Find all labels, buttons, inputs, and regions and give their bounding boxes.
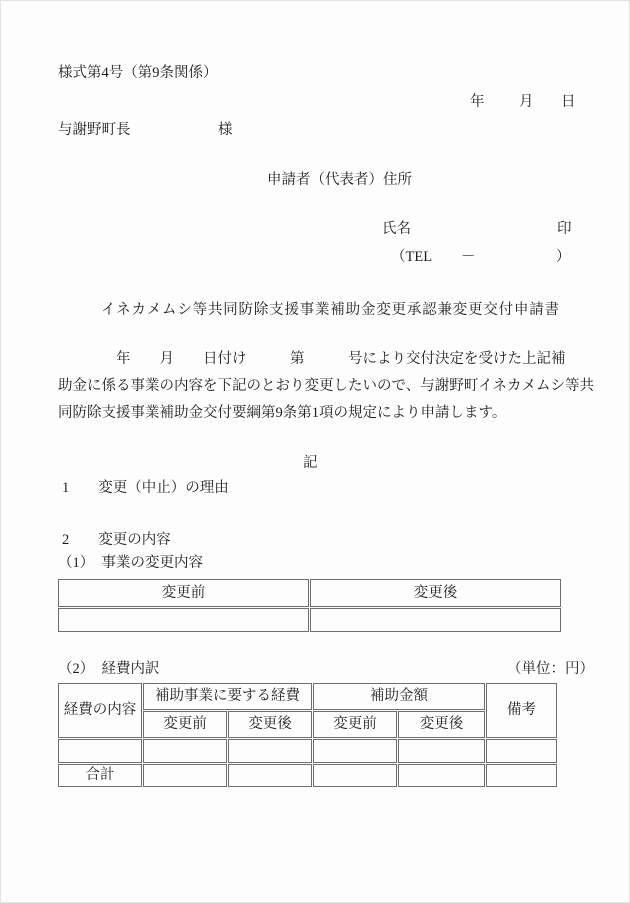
applicant-name-label: 氏名 — [382, 221, 411, 238]
table2-total-subsidy-after-cell — [398, 764, 485, 787]
table2-required-after-cell — [228, 739, 312, 763]
table2-header-remarks: 備考 — [486, 683, 557, 738]
section-1-heading: 1 変更（中止）の理由 — [62, 480, 229, 497]
table2-total-required-before-cell — [143, 764, 227, 787]
table2-total-remarks-cell — [486, 764, 557, 787]
note-heading: 記 — [303, 455, 318, 472]
table2-subsidy-after-cell — [398, 739, 485, 763]
table1-header-after: 変更後 — [310, 579, 561, 607]
table1-before-cell — [58, 608, 309, 632]
table2-subheader-required-before: 変更前 — [143, 711, 227, 738]
addressee-name: 与謝野町長 — [58, 122, 131, 139]
section-2-heading: 2 変更の内容 — [62, 532, 171, 549]
table2-header-subsidy-amount: 補助金額 — [313, 683, 485, 710]
unit-label: （単位：円） — [507, 661, 594, 678]
table2-total-required-after-cell — [228, 764, 312, 787]
table2-total-subsidy-before-cell — [313, 764, 397, 787]
change-content-table: 変更前 変更後 — [57, 578, 562, 633]
table2-header-required-expense: 補助事業に要する経費 — [143, 683, 312, 710]
table2-total-label-cell: 合計 — [58, 764, 142, 787]
date-year-label: 年 — [470, 94, 485, 111]
body-line-3: 同防除支援事業補助金交付要綱第9条第1項の規定により申請します。 — [58, 405, 506, 422]
table2-subheader-subsidy-after: 変更後 — [398, 711, 485, 738]
date-month-label: 月 — [519, 94, 534, 111]
table2-header-expense-content: 経費の内容 — [58, 683, 142, 738]
form-number: 様式第4号（第9条関係） — [58, 65, 218, 82]
seal-label: 印 — [557, 221, 572, 238]
body-line-2: 助金に係る事業の内容を下記のとおり変更したいので、与謝野町イネカメムシ等共 — [58, 378, 594, 395]
table2-subsidy-before-cell — [313, 739, 397, 763]
tel-open-label: （TEL — [391, 249, 432, 266]
section-2-1-heading: （1） 事業の変更内容 — [58, 555, 203, 572]
table2-remarks-cell — [486, 739, 557, 763]
table1-header-before: 変更前 — [58, 579, 309, 607]
document-page: 様式第4号（第9条関係） 年 月 日 与謝野町長 様 申請者（代表者）住所 氏名… — [0, 0, 630, 903]
tel-dash: － — [461, 249, 476, 266]
section-2-2-heading: （2） 経費内訳 — [58, 661, 160, 678]
addressee-honorific: 様 — [218, 122, 233, 139]
table2-required-before-cell — [143, 739, 227, 763]
body-line-1: 年 月 日付け 第 号により交付決定を受けた上記補 — [58, 351, 566, 368]
applicant-address-label: 申請者（代表者）住所 — [267, 172, 412, 189]
table2-subheader-subsidy-before: 変更前 — [313, 711, 397, 738]
expense-breakdown-table: 経費の内容 補助事業に要する経費 補助金額 備考 変更前 変更後 変更前 変更後… — [57, 682, 558, 788]
table1-after-cell — [310, 608, 561, 632]
table2-subheader-required-after: 変更後 — [228, 711, 312, 738]
table2-expense-content-cell — [58, 739, 142, 763]
date-day-label: 日 — [561, 94, 576, 111]
document-title: イネカメムシ等共同防除支援事業補助金変更承認兼変更交付申請書 — [101, 302, 560, 319]
tel-close-label: ） — [556, 249, 571, 266]
